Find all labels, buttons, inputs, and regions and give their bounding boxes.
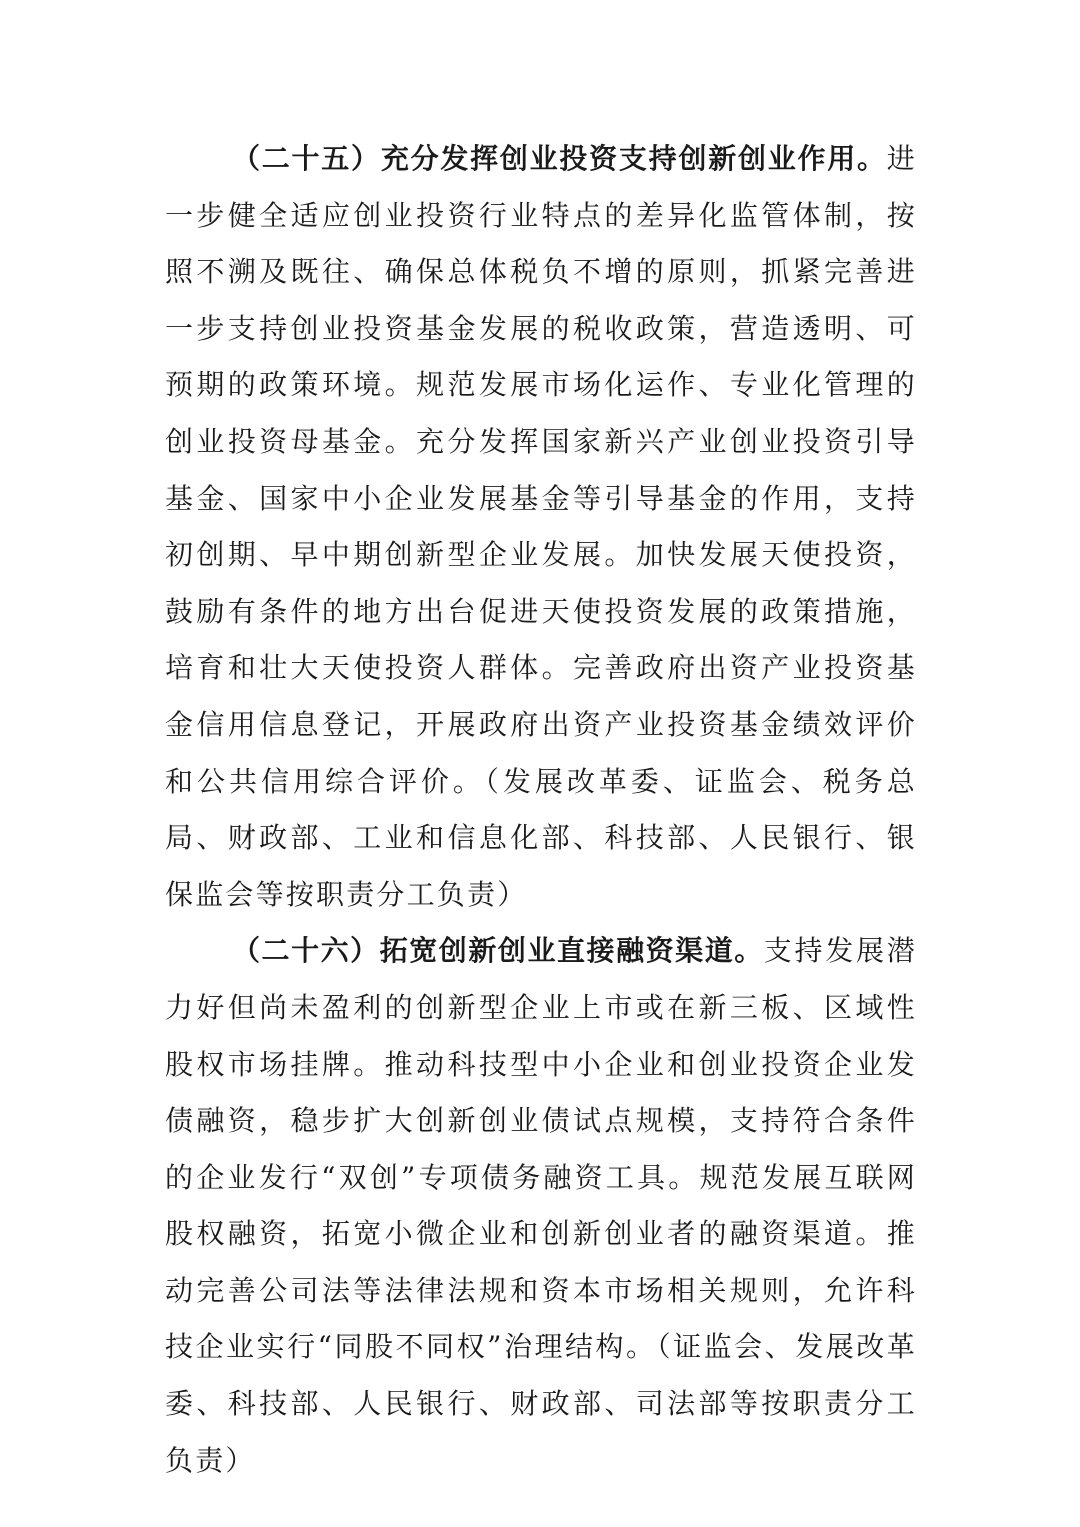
paragraph-26: （二十六）拓宽创新创业直接融资渠道。支持发展潜力好但尚未盈利的创新型企业上市或在… (165, 923, 917, 1489)
paragraph-body: 进一步健全适应创业投资行业特点的差异化监管体制，按照不溯及既往、确保总体税负不增… (165, 142, 917, 911)
paragraph-heading: （二十五）充分发挥创业投资支持创新创业作用。 (232, 142, 887, 175)
paragraph-25: （二十五）充分发挥创业投资支持创新创业作用。进一步健全适应创业投资行业特点的差异… (165, 131, 917, 923)
document-page: （二十五）充分发挥创业投资支持创新创业作用。进一步健全适应创业投资行业特点的差异… (165, 131, 917, 1489)
paragraph-heading: （二十六）拓宽创新创业直接融资渠道。 (232, 934, 764, 967)
paragraph-body: 支持发展潜力好但尚未盈利的创新型企业上市或在新三板、区域性股权市场挂牌。推动科技… (165, 934, 917, 1476)
